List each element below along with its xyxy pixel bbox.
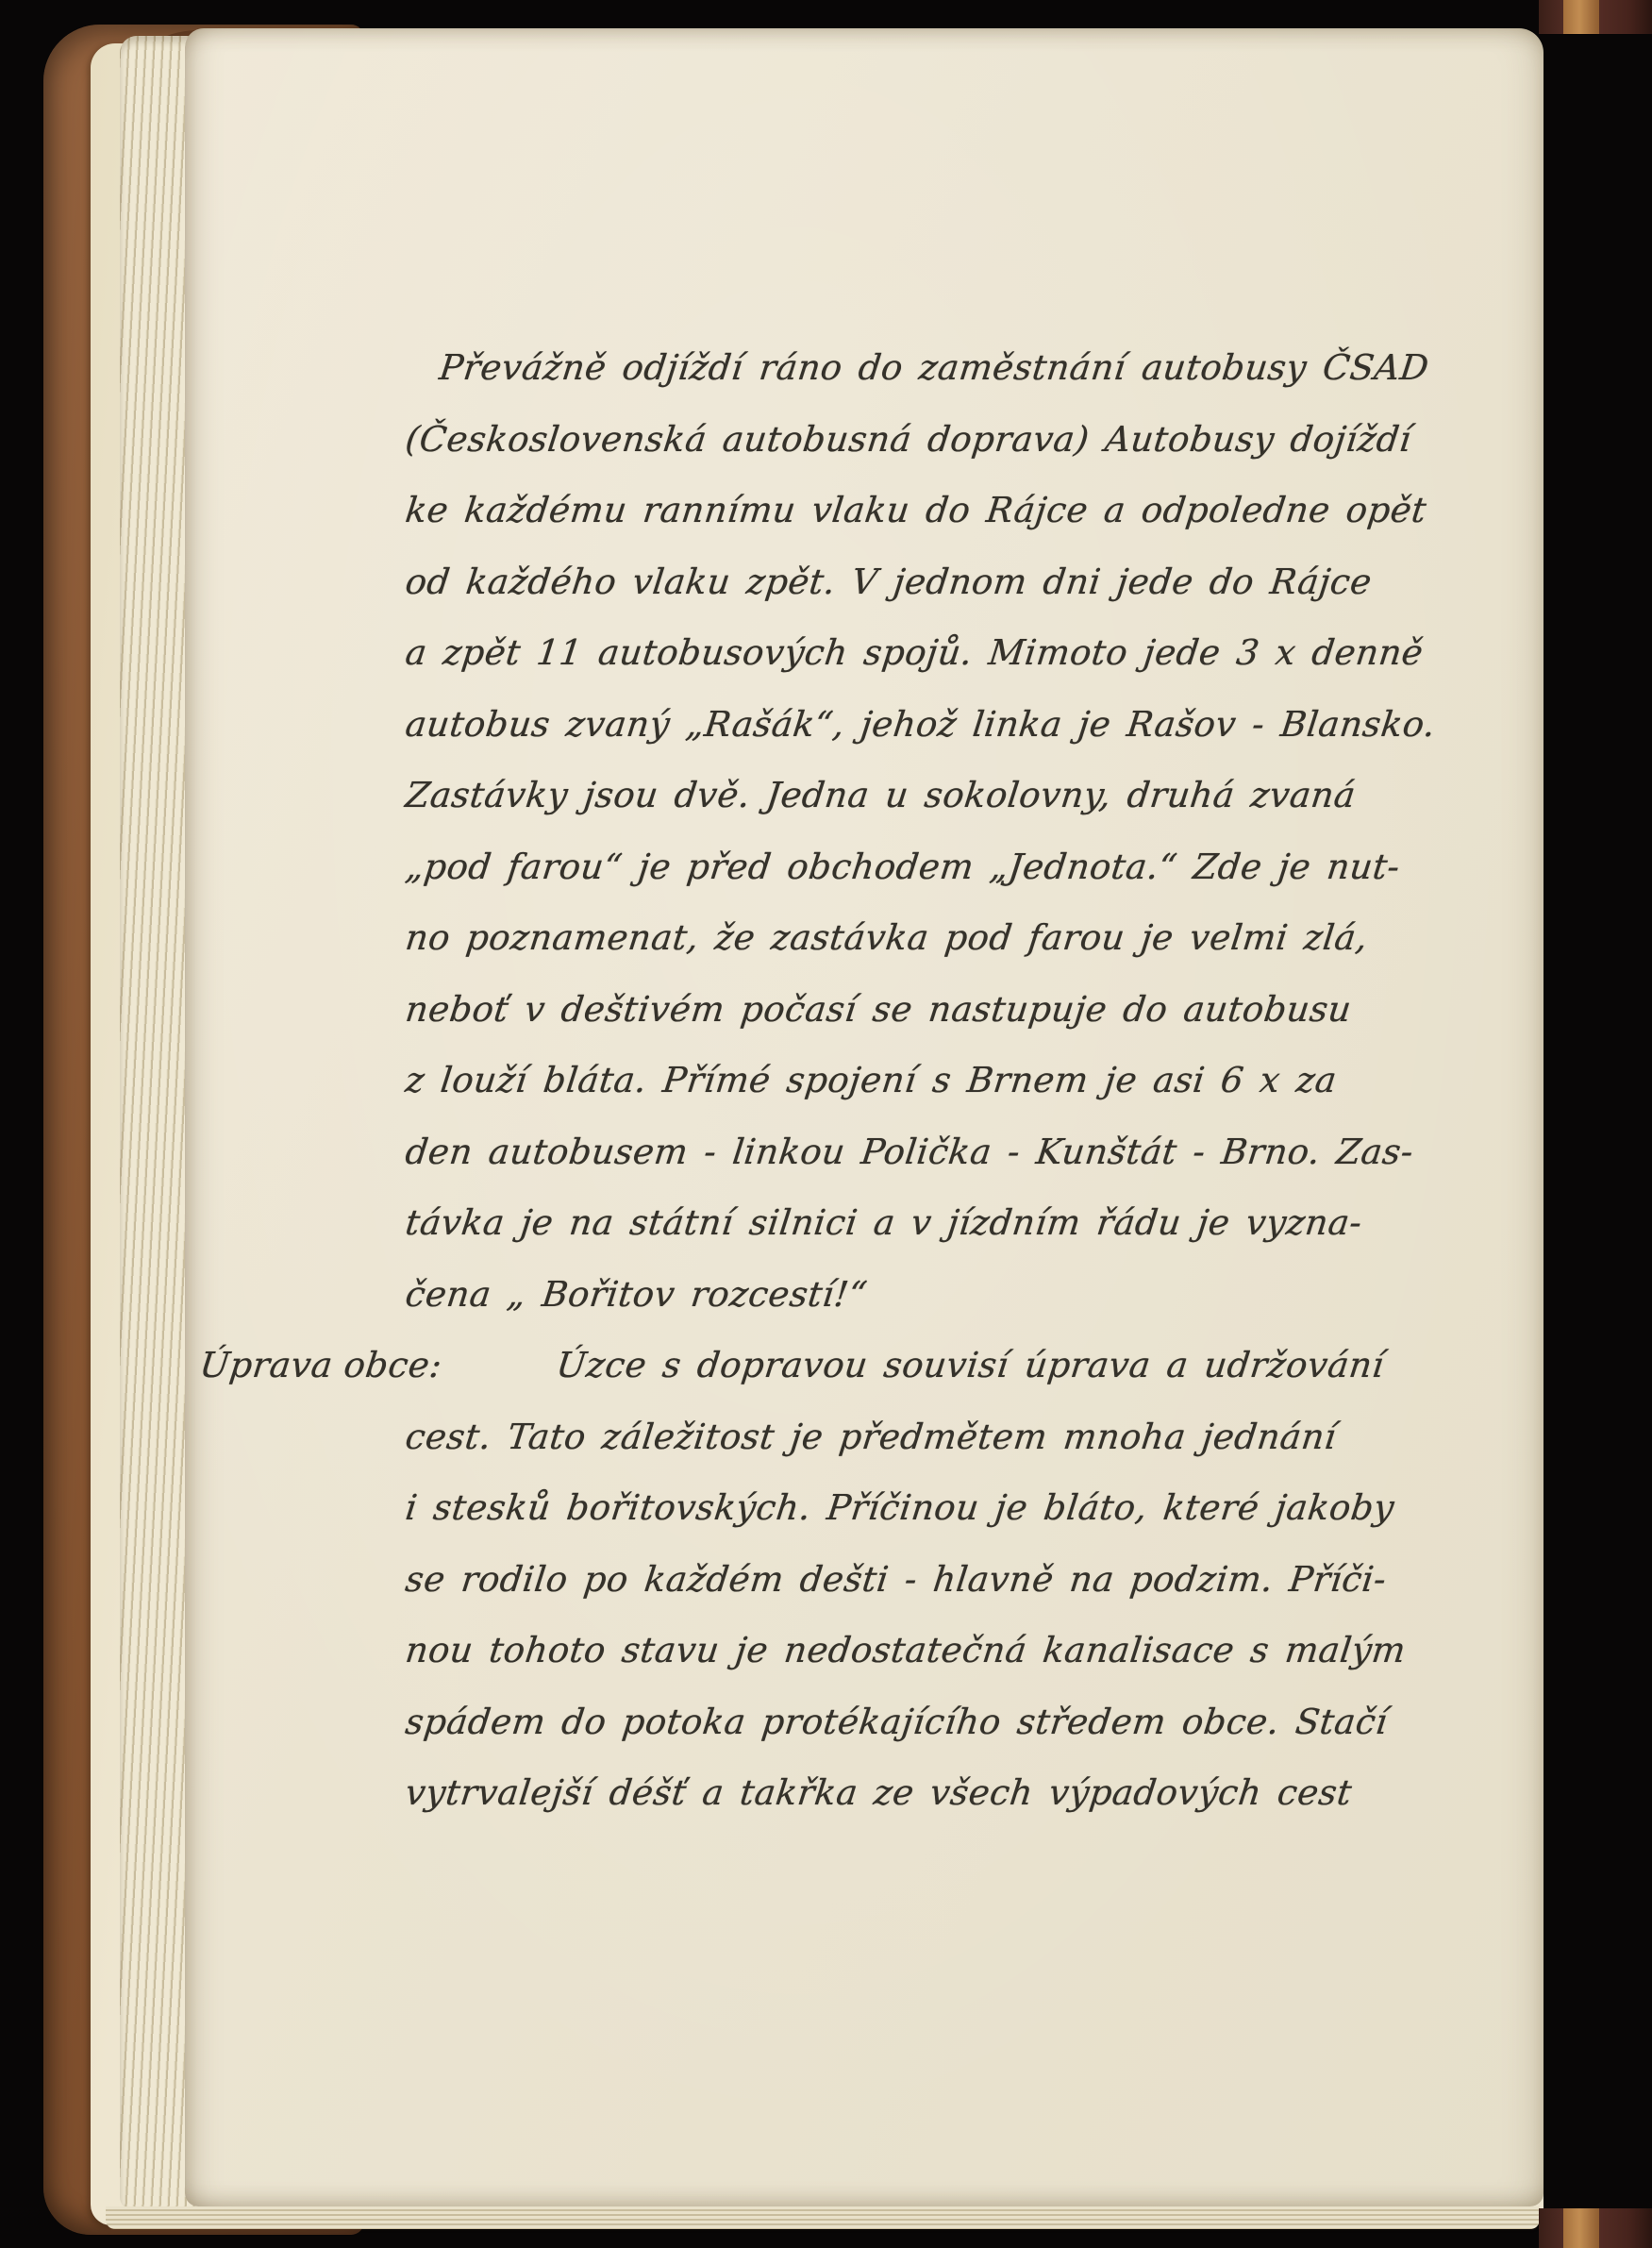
text-line: čena „ Bořitov rozcestí!“ [401, 1259, 1513, 1331]
text-line: cest. Tato záležitost je předmětem mnoha… [401, 1401, 1513, 1473]
text-line: „pod farou“ je před obchodem „Jednota.“ … [401, 831, 1513, 903]
text-line: távka je na státní silnici a v jízdním ř… [401, 1187, 1513, 1259]
spine-stripe-bottom [1563, 2208, 1599, 2248]
text-line: vytrvalejší déšť a takřka ze všech výpad… [401, 1757, 1513, 1829]
text-line: z louží bláta. Přímé spojení s Brnem je … [401, 1045, 1513, 1116]
spine-stripe-top [1563, 0, 1599, 34]
text-line: ke každému rannímu vlaku do Rájce a odpo… [401, 475, 1513, 546]
text-line: den autobusem - linkou Polička - Kunštát… [401, 1116, 1513, 1188]
text-line: Úzce s dopravou souvisí úprava a udržová… [401, 1330, 1513, 1401]
spine-fragment-top [1539, 0, 1652, 34]
book-page: Úprava obce: Převážně odjíždí ráno do za… [185, 28, 1544, 2206]
page-edges-bottom [106, 2206, 1540, 2229]
text-line: se rodilo po každém dešti - hlavně na po… [401, 1544, 1513, 1616]
handwritten-text: Převážně odjíždí ráno do zaměstnání auto… [406, 332, 1510, 1829]
text-line: (Československá autobusná doprava) Autob… [401, 404, 1513, 476]
text-line: neboť v deštivém počasí se nastupuje do … [401, 974, 1513, 1046]
text-line: i stesků bořitovských. Příčinou je bláto… [401, 1472, 1513, 1544]
text-line: Zastávky jsou dvě. Jedna u sokolovny, dr… [401, 760, 1513, 831]
text-line: od každého vlaku zpět. V jednom dni jede… [401, 546, 1513, 618]
text-line: spádem do potoka protékajícího středem o… [401, 1686, 1513, 1758]
text-line: Převážně odjíždí ráno do zaměstnání auto… [401, 332, 1513, 404]
text-line: a zpět 11 autobusových spojů. Mimoto jed… [401, 617, 1513, 689]
text-line: no poznamenat, že zastávka pod farou je … [401, 902, 1513, 974]
text-line: nou tohoto stavu je nedostatečná kanalis… [401, 1615, 1513, 1686]
text-line: autobus zvaný „Rašák“, jehož linka je Ra… [401, 689, 1513, 761]
spine-fragment-bottom [1539, 2208, 1652, 2248]
